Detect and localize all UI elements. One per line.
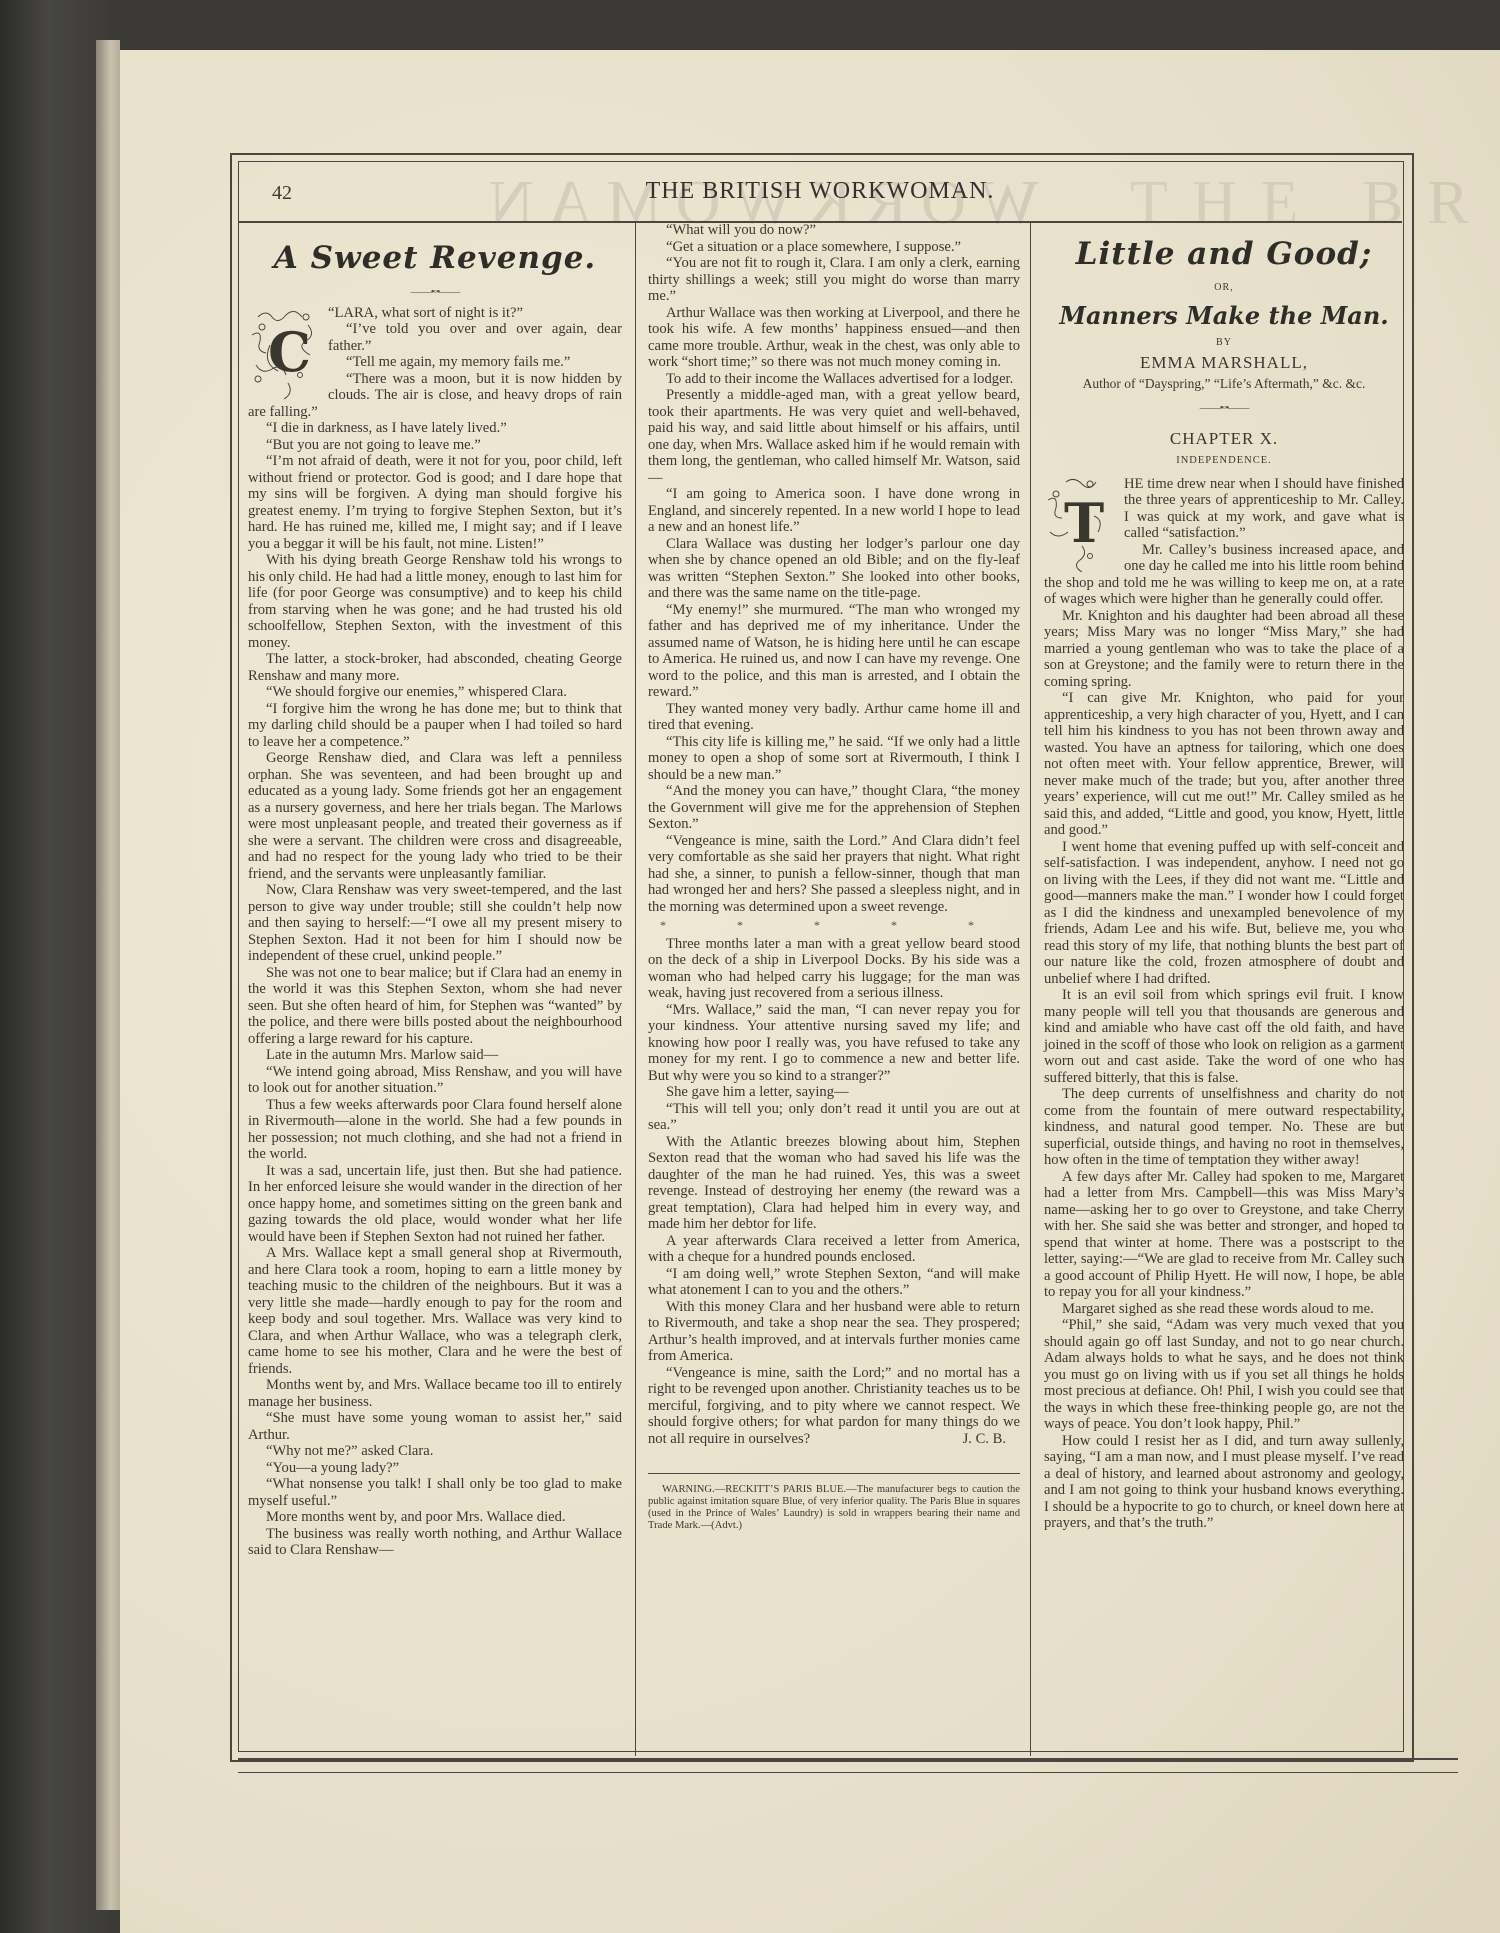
paragraph: “What nonsense you talk! I shall only be… (248, 1476, 622, 1509)
paragraph: “I’m not afraid of death, were it not fo… (248, 453, 622, 552)
column-3: Little and Good; OR, Manners Make the Ma… (1044, 226, 1404, 1532)
magazine-page: WORKWOMAN THE BR 42 THE BRITISH WORKWOMA… (120, 50, 1500, 1933)
chapter-title: INDEPENDENCE. (1044, 453, 1404, 470)
paragraph: Margaret sighed as she read these words … (1044, 1301, 1404, 1318)
footer-rule-thin (238, 1772, 1458, 1773)
paragraph: She was not one to bear malice; but if C… (248, 965, 622, 1048)
footer-rule (238, 1758, 1458, 1760)
paragraph: Mr. Knighton and his daughter had been a… (1044, 608, 1404, 691)
journal-title: THE BRITISH WORKWOMAN. (238, 178, 1402, 205)
paragraph: Late in the autumn Mrs. Marlow said— (248, 1047, 622, 1064)
serial-title: Little and Good; (1044, 234, 1404, 274)
paragraph: “I am going to America soon. I have done… (648, 486, 1020, 536)
paragraph: “I can give Mr. Knighton, who paid for y… (1044, 690, 1404, 839)
paragraph: “I die in darkness, as I have lately liv… (248, 420, 622, 437)
paragraph: They wanted money very badly. Arthur cam… (648, 701, 1020, 734)
paragraph: I went home that evening puffed up with … (1044, 839, 1404, 988)
paragraph: Three months later a man with a great ye… (648, 936, 1020, 1002)
paragraph: With this money Clara and her husband we… (648, 1299, 1020, 1365)
story-title: A Sweet Revenge. (248, 238, 622, 278)
paragraph: “I forgive him the wrong he has done me;… (248, 701, 622, 751)
chapter-opening: T HE time drew near when I should have f… (1044, 476, 1404, 608)
paragraph: “Mrs. Wallace,” said the man, “I can nev… (648, 1002, 1020, 1085)
paragraph: Months went by, and Mrs. Wallace became … (248, 1377, 622, 1410)
page-header: 42 THE BRITISH WORKWOMAN. (238, 166, 1402, 221)
decorated-initial-icon: C (248, 305, 320, 403)
paragraph: She gave him a letter, saying— (648, 1084, 1020, 1101)
paragraph: Thus a few weeks afterwards poor Clara f… (248, 1097, 622, 1163)
paragraph: “We intend going abroad, Miss Renshaw, a… (248, 1064, 622, 1097)
serial-subtitle: Manners Make the Man. (1044, 301, 1404, 331)
dropcap-letter: T (1064, 496, 1104, 550)
author-signature: J. C. B. (945, 1431, 1006, 1448)
advertisement-rule (648, 1473, 1020, 1474)
advertisement: WARNING.—RECKITT’S PARIS BLUE.—The manuf… (648, 1484, 1020, 1532)
advertisement-text: WARNING.—RECKITT’S PARIS BLUE.—The manuf… (648, 1484, 1020, 1532)
paragraph: More months went by, and poor Mrs. Walla… (248, 1509, 622, 1526)
story-opening: C “LARA, what sort of night is it?” “I’v… (248, 305, 622, 421)
paragraph: “She must have some young woman to assis… (248, 1410, 622, 1443)
paragraph: “What will you do now?” (648, 222, 1020, 239)
author-name: EMMA MARSHALL, (1044, 355, 1404, 372)
column-divider-2 (1030, 221, 1031, 1756)
author-note: Author of “Dayspring,” “Life’s Aftermath… (1044, 376, 1404, 393)
paragraph: The business was really worth nothing, a… (248, 1526, 622, 1559)
paragraph: “But you are not going to leave me.” (248, 437, 622, 454)
paragraph: The deep currents of unselfishness and c… (1044, 1086, 1404, 1169)
binding-edge (96, 40, 120, 1910)
paragraph: Presently a middle-aged man, with a grea… (648, 387, 1020, 486)
title-ornament: ——•◦•—— (248, 284, 622, 301)
paragraph: “I am doing well,” wrote Stephen Sexton,… (648, 1266, 1020, 1299)
paragraph: With his dying breath George Renshaw tol… (248, 552, 622, 651)
paragraph: George Renshaw died, and Clara was left … (248, 750, 622, 882)
paragraph: “We should forgive our enemies,” whisper… (248, 684, 622, 701)
or-label: OR, (1044, 280, 1404, 297)
decorated-initial-icon: T (1044, 476, 1116, 574)
column-1: A Sweet Revenge. ——•◦•—— C (248, 226, 622, 1559)
paragraph: With the Atlantic breezes blowing about … (648, 1134, 1020, 1233)
paragraph: “Vengeance is mine, saith the Lord.” And… (648, 833, 1020, 916)
paragraph: “You are not fit to rough it, Clara. I a… (648, 255, 1020, 305)
paragraph: It is an evil soil from which springs ev… (1044, 987, 1404, 1086)
by-label: BY (1044, 335, 1404, 352)
paragraph: “My enemy!” she murmured. “The man who w… (648, 602, 1020, 701)
paragraph: It was a sad, uncertain life, just then.… (248, 1163, 622, 1246)
dropcap-letter: C (268, 325, 311, 379)
paragraph: A Mrs. Wallace kept a small general shop… (248, 1245, 622, 1377)
paragraph: How could I resist her as I did, and tur… (1044, 1433, 1404, 1532)
column-2: “What will you do now?” “Get a situation… (648, 222, 1020, 1532)
title-ornament: ——•◦•—— (1044, 400, 1404, 417)
paragraph: “And the money you can have,” thought Cl… (648, 783, 1020, 833)
column-divider-1 (635, 221, 636, 1756)
chapter-heading: CHAPTER X. (1044, 431, 1404, 448)
paragraph: A year afterwards Clara received a lette… (648, 1233, 1020, 1266)
paragraph: “This city life is killing me,” he said.… (648, 734, 1020, 784)
paragraph: “Why not me?” asked Clara. (248, 1443, 622, 1460)
paragraph: “This will tell you; only don’t read it … (648, 1101, 1020, 1134)
paragraph: The latter, a stock-broker, had absconde… (248, 651, 622, 684)
paragraph: A few days after Mr. Calley had spoken t… (1044, 1169, 1404, 1301)
paragraph: “Vengeance is mine, saith the Lord;” and… (648, 1365, 1020, 1448)
paragraph: “Get a situation or a place somewhere, I… (648, 239, 1020, 256)
section-break: * * * * * (648, 917, 1020, 934)
paragraph: Clara Wallace was dusting her lodger’s p… (648, 536, 1020, 602)
paragraph: Arthur Wallace was then working at Liver… (648, 305, 1020, 371)
paragraph: “You—a young lady?” (248, 1460, 622, 1477)
paragraph: “Phil,” she said, “Adam was very much ve… (1044, 1317, 1404, 1433)
paragraph: Now, Clara Renshaw was very sweet-temper… (248, 882, 622, 965)
paragraph: To add to their income the Wallaces adve… (648, 371, 1020, 388)
